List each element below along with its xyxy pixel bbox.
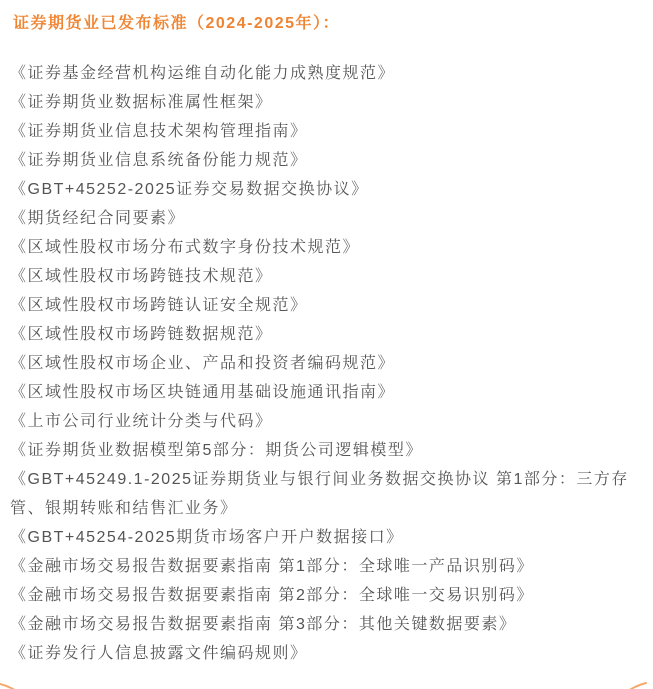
standard-item: 《证券期货业信息系统备份能力规范》	[10, 146, 650, 175]
standard-item: 《证券发行人信息披露文件编码规则》	[10, 639, 650, 668]
standard-item: 《GBT+45249.1-2025证券期货业与银行间业务数据交换协议 第1部分：…	[10, 465, 650, 523]
decor-arc-right	[628, 683, 646, 689]
standard-item: 《GBT+45252-2025证券交易数据交换协议》	[10, 175, 650, 204]
standard-item: 《区域性股权市场跨链数据规范》	[10, 320, 650, 349]
standard-item: 《证券期货业数据标准属性框架》	[10, 88, 650, 117]
standard-item: 《区域性股权市场区块链通用基础设施通讯指南》	[10, 378, 650, 407]
page-title: 证券期货业已发布标准（2024-2025年）：	[13, 13, 650, 35]
standard-item: 《金融市场交易报告数据要素指南 第2部分：全球唯一交易识别码》	[10, 581, 650, 610]
standard-item: 《期货经纪合同要素》	[10, 204, 650, 233]
standard-item: 《区域性股权市场跨链技术规范》	[10, 262, 650, 291]
standard-item: 《区域性股权市场企业、产品和投资者编码规范》	[10, 349, 650, 378]
standard-item: 《上市公司行业统计分类与代码》	[10, 407, 650, 436]
standard-item: 《区域性股权市场跨链认证安全规范》	[10, 291, 650, 320]
standard-item: 《金融市场交易报告数据要素指南 第1部分：全球唯一产品识别码》	[10, 552, 650, 581]
standard-item: 《金融市场交易报告数据要素指南 第3部分：其他关键数据要素》	[10, 610, 650, 639]
standard-item: 《证券期货业数据模型第5部分：期货公司逻辑模型》	[10, 436, 650, 465]
standard-item: 《GBT+45254-2025期货市场客户开户数据接口》	[10, 523, 650, 552]
decor-arc-left	[0, 684, 18, 689]
standard-item: 《区域性股权市场分布式数字身份技术规范》	[10, 233, 650, 262]
article-body: 证券期货业已发布标准（2024-2025年）： 《证券基金经营机构运维自动化能力…	[0, 0, 653, 668]
standard-item: 《证券期货业信息技术架构管理指南》	[10, 117, 650, 146]
standard-item: 《证券基金经营机构运维自动化能力成熟度规范》	[10, 59, 650, 88]
standards-list: 《证券基金经营机构运维自动化能力成熟度规范》《证券期货业数据标准属性框架》《证券…	[10, 59, 650, 668]
